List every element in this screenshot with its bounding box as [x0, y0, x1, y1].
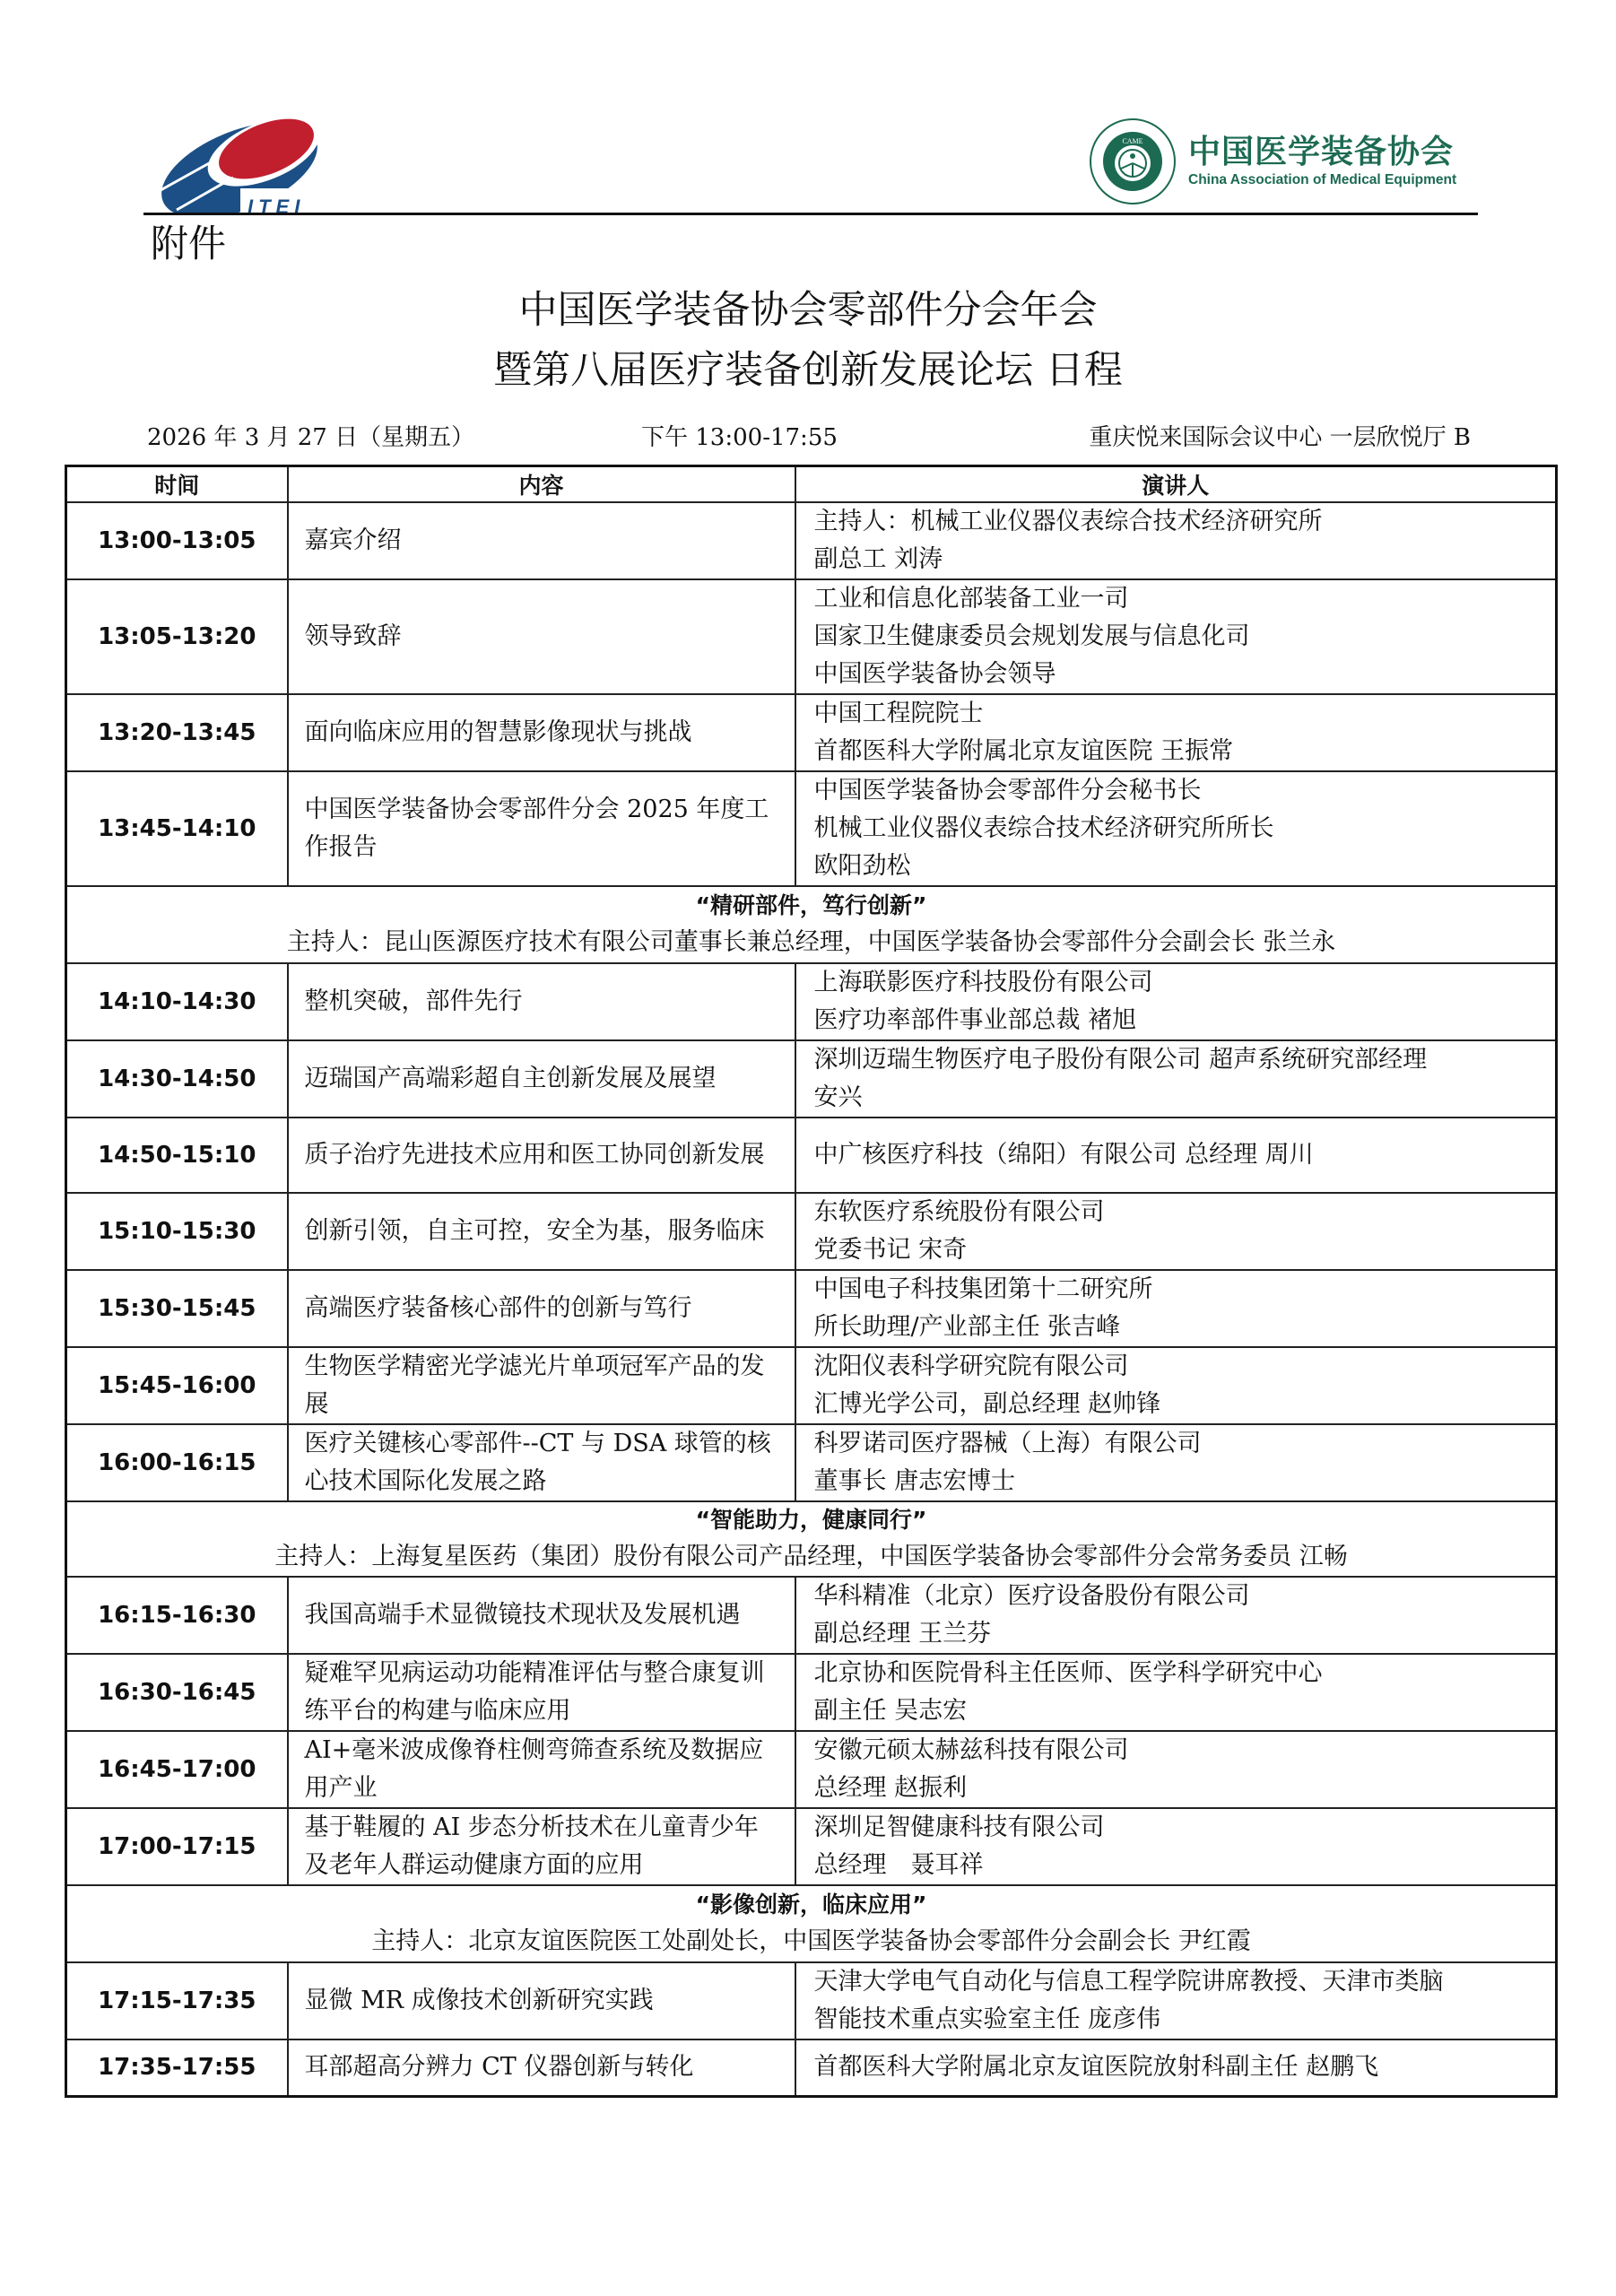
table-row: 16:15-16:30 我国高端手术显微镜技术现状及发展机遇 华科精准（北京）医… — [66, 1577, 1557, 1654]
session-speaker: 主持人：机械工业仪器仪表综合技术经济研究所副总工 刘涛 — [795, 502, 1557, 579]
table-row: 17:35-17:55 耳部超高分辨力 CT 仪器创新与转化 首都医科大学附属北… — [66, 2039, 1557, 2096]
table-row: 13:45-14:10 中国医学装备协会零部件分会 2025 年度工作报告 中国… — [66, 771, 1557, 886]
came-name-en: China Association of Medical Equipment — [1188, 171, 1456, 189]
section-host: 主持人：昆山医源医疗技术有限公司董事长兼总经理，中国医学装备协会零部件分会副会长… — [67, 924, 1555, 961]
session-topic: 生物医学精密光学滤光片单项冠军产品的发展 — [288, 1347, 795, 1424]
session-topic: 中国医学装备协会零部件分会 2025 年度工作报告 — [288, 771, 795, 886]
schedule-table: 时间 内容 演讲人 13:00-13:05 嘉宾介绍 主持人：机械工业仪器仪表综… — [65, 465, 1558, 2098]
session-speaker: 科罗诺司医疗器械（上海）有限公司董事长 唐志宏博士 — [795, 1424, 1557, 1501]
table-row: 17:15-17:35 显微 MR 成像技术创新研究实践 天津大学电气自动化与信… — [66, 1962, 1557, 2039]
session-time: 17:15-17:35 — [66, 1962, 288, 2039]
session-topic: 质子治疗先进技术应用和医工协同创新发展 — [288, 1118, 795, 1193]
session-speaker: 东软医疗系统股份有限公司党委书记 宋奇 — [795, 1193, 1557, 1270]
came-logo: CAME 中国医学装备协会 China Association of Medic… — [1088, 117, 1482, 206]
session-time: 13:00-13:05 — [66, 502, 288, 579]
session-topic: 领导致辞 — [288, 579, 795, 694]
session-speaker: 天津大学电气自动化与信息工程学院讲席教授、天津市类脑智能技术重点实验室主任 庞彦… — [795, 1962, 1557, 2039]
came-seal-icon: CAME — [1088, 117, 1177, 206]
table-row: 16:30-16:45 疑难罕见病运动功能精准评估与整合康复训练平台的构建与临床… — [66, 1654, 1557, 1731]
session-topic: 高端医疗装备核心部件的创新与笃行 — [288, 1270, 795, 1347]
session-speaker: 安徽元硕太赫兹科技有限公司总经理 赵振利 — [795, 1731, 1557, 1808]
column-header-time: 时间 — [66, 466, 288, 503]
table-row: 15:10-15:30 创新引领，自主可控，安全为基，服务临床 东软医疗系统股份… — [66, 1193, 1557, 1270]
session-time: 16:15-16:30 — [66, 1577, 288, 1654]
table-row: 13:05-13:20 领导致辞 工业和信息化部装备工业一司国家卫生健康委员会规… — [66, 579, 1557, 694]
svg-text:CAME: CAME — [1122, 137, 1142, 145]
section-title: “智能助力，健康同行” — [67, 1502, 1555, 1538]
session-speaker: 中国工程院院士首都医科大学附属北京友谊医院 王振常 — [795, 694, 1557, 771]
session-time: 16:45-17:00 — [66, 1731, 288, 1808]
table-row: 16:00-16:15 医疗关键核心零部件--CT 与 DSA 球管的核心技术国… — [66, 1424, 1557, 1501]
page-title-line-2: 暨第八届医疗装备创新发展论坛 日程 — [0, 345, 1616, 396]
section-host: 主持人：上海复星医药（集团）股份有限公司产品经理，中国医学装备协会零部件分会常务… — [67, 1538, 1555, 1576]
session-topic: 医疗关键核心零部件--CT 与 DSA 球管的核心技术国际化发展之路 — [288, 1424, 795, 1501]
session-time: 14:50-15:10 — [66, 1118, 288, 1193]
session-topic: 基于鞋履的 AI 步态分析技术在儿童青少年及老年人群运动健康方面的应用 — [288, 1808, 795, 1885]
table-header-row: 时间 内容 演讲人 — [66, 466, 1557, 503]
session-topic: 面向临床应用的智慧影像现状与挑战 — [288, 694, 795, 771]
table-row: 15:45-16:00 生物医学精密光学滤光片单项冠军产品的发展 沈阳仪表科学研… — [66, 1347, 1557, 1424]
section-title: “影像创新，临床应用” — [67, 1887, 1555, 1923]
event-time: 下午 13:00-17:55 — [641, 422, 838, 454]
session-time: 15:45-16:00 — [66, 1347, 288, 1424]
session-speaker: 深圳足智健康科技有限公司总经理 聂耳祥 — [795, 1808, 1557, 1885]
session-speaker: 中广核医疗科技（绵阳）有限公司 总经理 周川 — [795, 1118, 1557, 1193]
session-time: 14:30-14:50 — [66, 1040, 288, 1118]
section-header-row: “影像创新，临床应用” 主持人：北京友谊医院医工处副处长，中国医学装备协会零部件… — [66, 1885, 1557, 1962]
session-time: 14:10-14:30 — [66, 963, 288, 1040]
event-date: 2026 年 3 月 27 日（星期五） — [147, 422, 474, 454]
session-topic: 整机突破，部件先行 — [288, 963, 795, 1040]
session-speaker: 中国医学装备协会零部件分会秘书长机械工业仪器仪表综合技术经济研究所所长欧阳劲松 — [795, 771, 1557, 886]
session-speaker: 深圳迈瑞生物医疗电子股份有限公司 超声系统研究部经理安兴 — [795, 1040, 1557, 1118]
column-header-topic: 内容 — [288, 466, 795, 503]
session-topic: 我国高端手术显微镜技术现状及发展机遇 — [288, 1577, 795, 1654]
session-speaker: 首都医科大学附属北京友谊医院放射科副主任 赵鹏飞 — [795, 2039, 1557, 2096]
session-topic: 创新引领，自主可控，安全为基，服务临床 — [288, 1193, 795, 1270]
session-time: 17:35-17:55 — [66, 2039, 288, 2096]
session-topic: 显微 MR 成像技术创新研究实践 — [288, 1962, 795, 2039]
session-speaker: 华科精准（北京）医疗设备股份有限公司副总经理 王兰芬 — [795, 1577, 1557, 1654]
session-time: 13:05-13:20 — [66, 579, 288, 694]
attachment-label: 附件 — [151, 219, 226, 269]
session-topic: 迈瑞国产高端彩超自主创新发展及展望 — [288, 1040, 795, 1118]
session-topic: AI+毫米波成像脊柱侧弯筛查系统及数据应用产业 — [288, 1731, 795, 1808]
came-name-cn: 中国医学装备协会 — [1188, 134, 1456, 171]
event-info-line: 2026 年 3 月 27 日（星期五） 下午 13:00-17:55 重庆悦来… — [143, 422, 1471, 454]
session-topic: 嘉宾介绍 — [288, 502, 795, 579]
table-row: 17:00-17:15 基于鞋履的 AI 步态分析技术在儿童青少年及老年人群运动… — [66, 1808, 1557, 1885]
section-host: 主持人：北京友谊医院医工处副处长，中国医学装备协会零部件分会副会长 尹红霞 — [67, 1923, 1555, 1961]
table-row: 15:30-15:45 高端医疗装备核心部件的创新与笃行 中国电子科技集团第十二… — [66, 1270, 1557, 1347]
itei-logo: ITEI — [154, 109, 343, 215]
section-header-row: “智能助力，健康同行” 主持人：上海复星医药（集团）股份有限公司产品经理，中国医… — [66, 1501, 1557, 1577]
session-speaker: 沈阳仪表科学研究院有限公司汇博光学公司，副总经理 赵帅锋 — [795, 1347, 1557, 1424]
header-divider — [143, 213, 1478, 215]
section-header-row: “精研部件，笃行创新” 主持人：昆山医源医疗技术有限公司董事长兼总经理，中国医学… — [66, 886, 1557, 963]
table-row: 14:30-14:50 迈瑞国产高端彩超自主创新发展及展望 深圳迈瑞生物医疗电子… — [66, 1040, 1557, 1118]
session-time: 13:20-13:45 — [66, 694, 288, 771]
session-topic: 疑难罕见病运动功能精准评估与整合康复训练平台的构建与临床应用 — [288, 1654, 795, 1731]
event-venue: 重庆悦来国际会议中心 一层欣悦厅 B — [1089, 422, 1471, 454]
session-time: 16:30-16:45 — [66, 1654, 288, 1731]
session-speaker: 中国电子科技集团第十二研究所所长助理/产业部主任 张吉峰 — [795, 1270, 1557, 1347]
session-speaker: 北京协和医院骨科主任医师、医学科学研究中心副主任 吴志宏 — [795, 1654, 1557, 1731]
table-row: 16:45-17:00 AI+毫米波成像脊柱侧弯筛查系统及数据应用产业 安徽元硕… — [66, 1731, 1557, 1808]
table-row: 14:50-15:10 质子治疗先进技术应用和医工协同创新发展 中广核医疗科技（… — [66, 1118, 1557, 1193]
session-time: 15:30-15:45 — [66, 1270, 288, 1347]
session-time: 15:10-15:30 — [66, 1193, 288, 1270]
session-time: 17:00-17:15 — [66, 1808, 288, 1885]
table-row: 13:20-13:45 面向临床应用的智慧影像现状与挑战 中国工程院院士首都医科… — [66, 694, 1557, 771]
table-row: 13:00-13:05 嘉宾介绍 主持人：机械工业仪器仪表综合技术经济研究所副总… — [66, 502, 1557, 579]
session-time: 16:00-16:15 — [66, 1424, 288, 1501]
session-topic: 耳部超高分辨力 CT 仪器创新与转化 — [288, 2039, 795, 2096]
table-row: 14:10-14:30 整机突破，部件先行 上海联影医疗科技股份有限公司医疗功率… — [66, 963, 1557, 1040]
page-title-line-1: 中国医学装备协会零部件分会年会 — [0, 285, 1616, 335]
session-time: 13:45-14:10 — [66, 771, 288, 886]
column-header-speaker: 演讲人 — [795, 466, 1557, 503]
itei-logo-icon: ITEI — [154, 109, 343, 215]
session-speaker: 工业和信息化部装备工业一司国家卫生健康委员会规划发展与信息化司中国医学装备协会领… — [795, 579, 1557, 694]
section-title: “精研部件，笃行创新” — [67, 888, 1555, 924]
session-speaker: 上海联影医疗科技股份有限公司医疗功率部件事业部总裁 褚旭 — [795, 963, 1557, 1040]
